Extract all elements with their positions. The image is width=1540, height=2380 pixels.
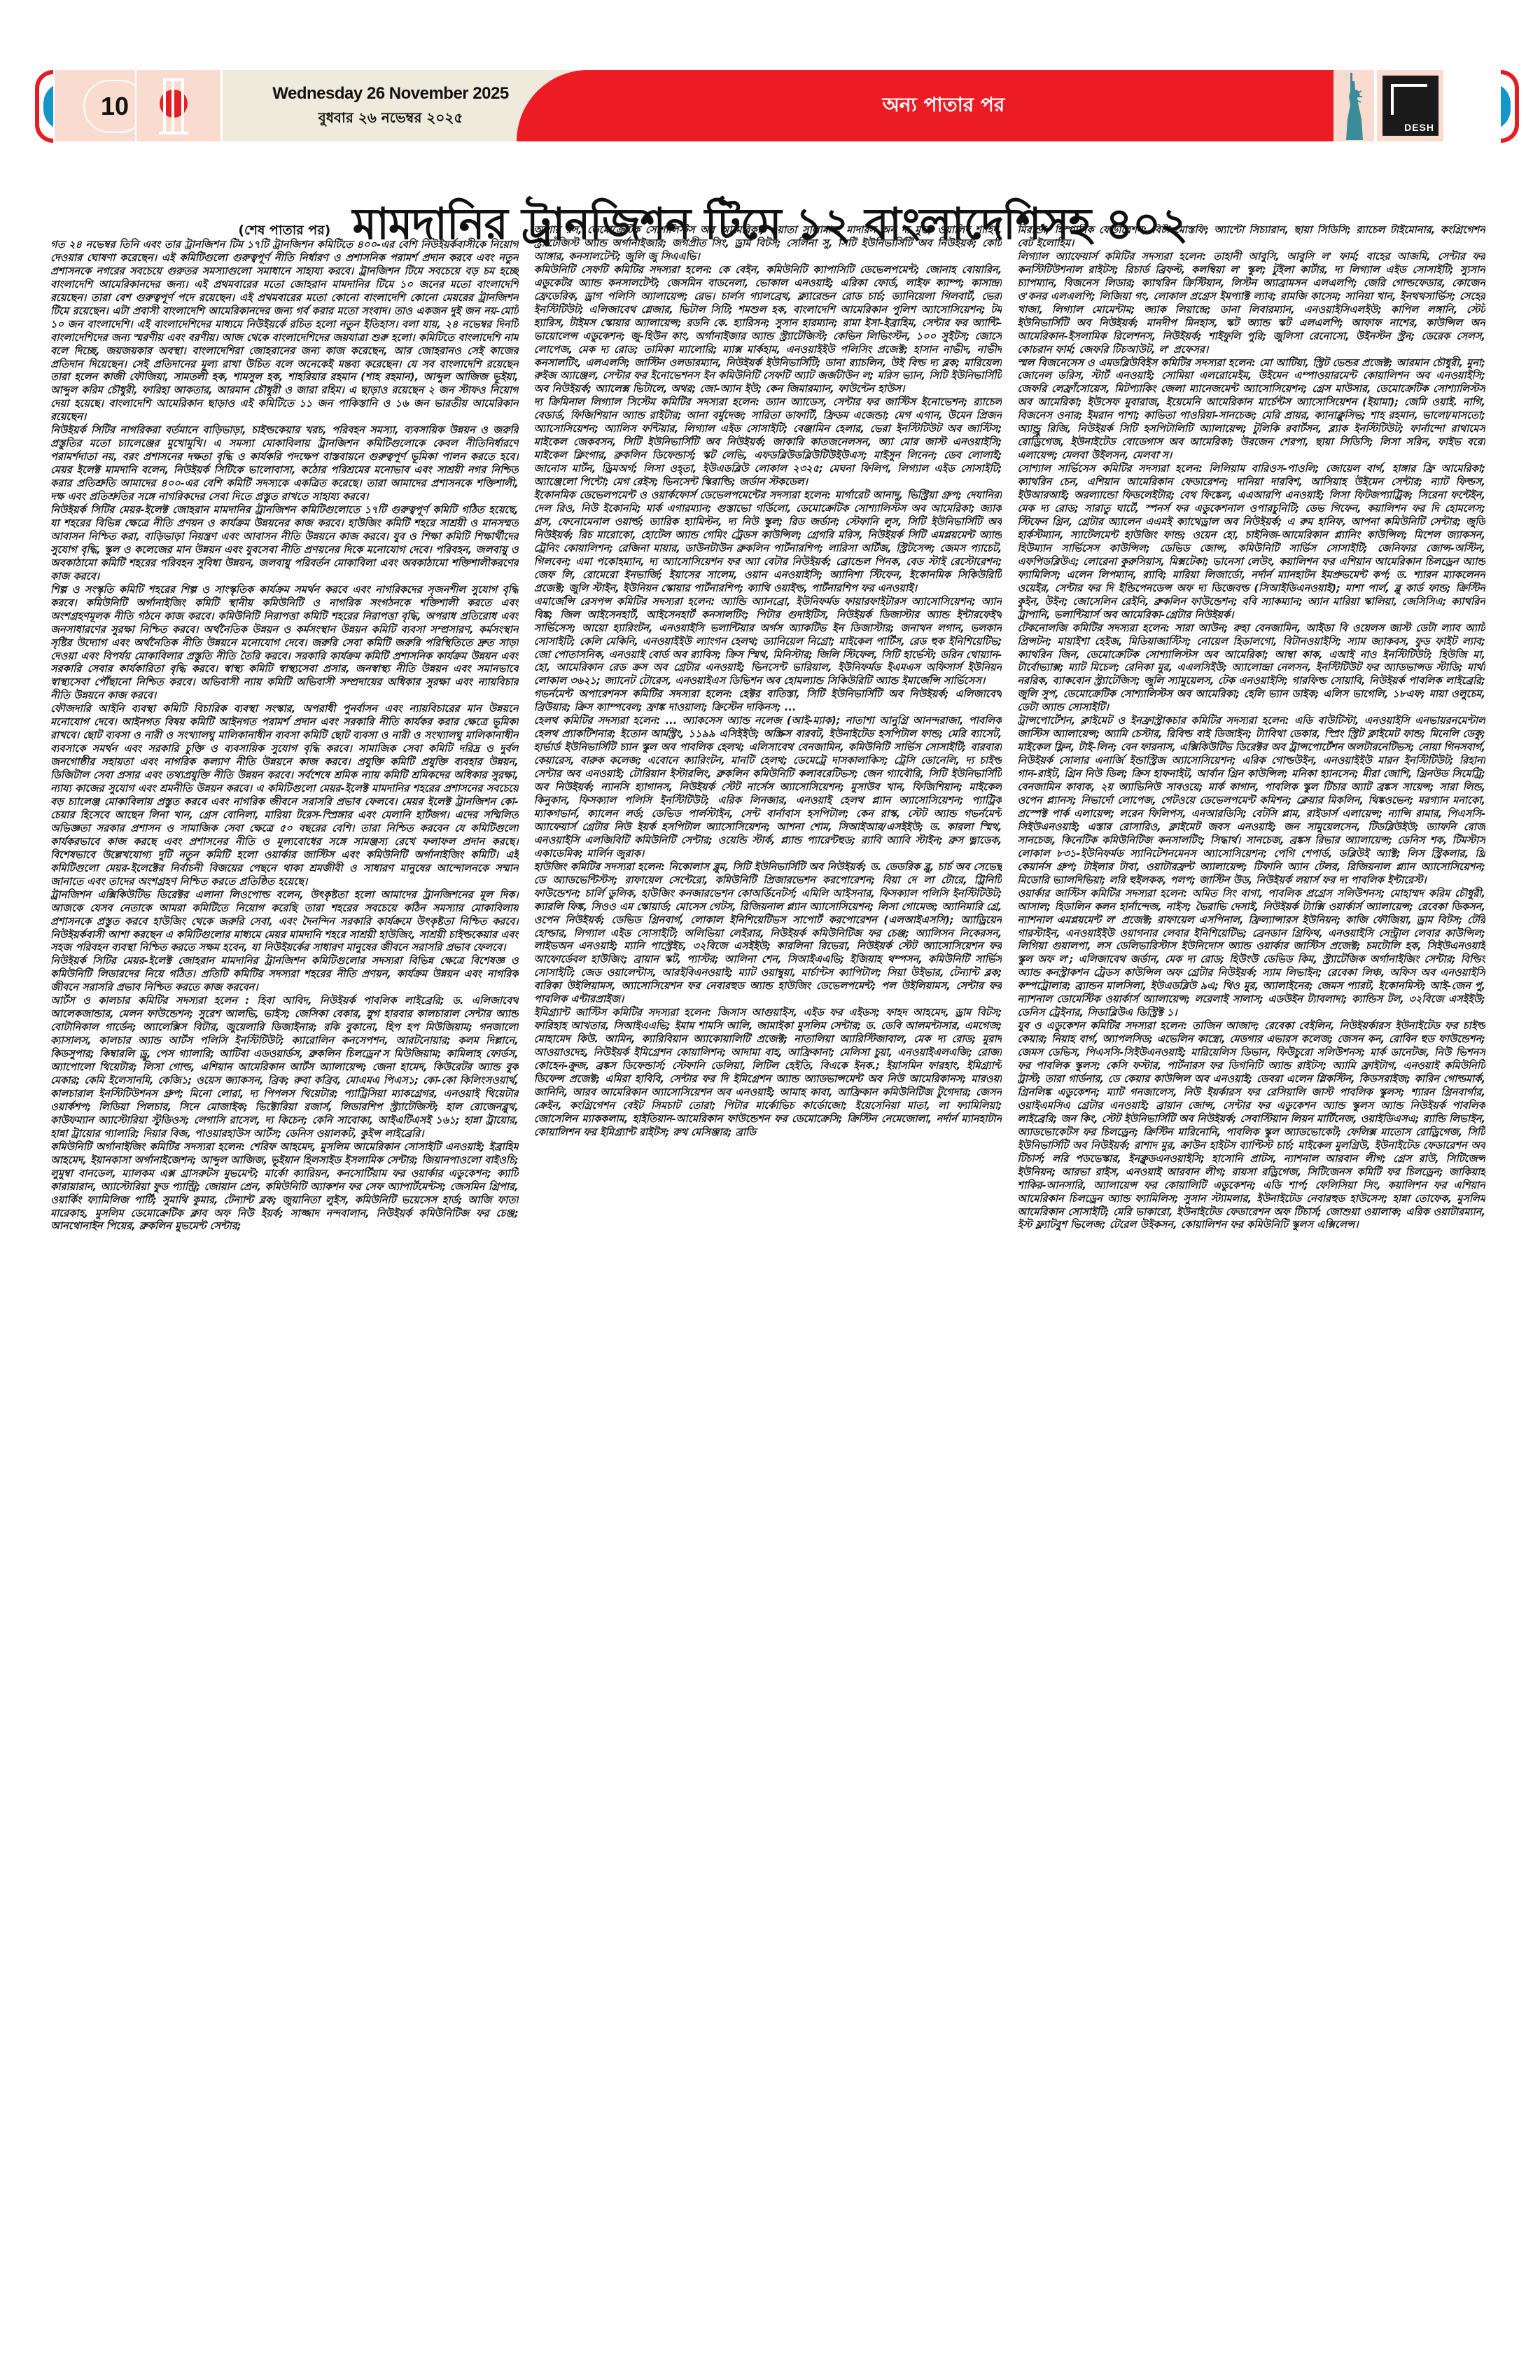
logo-box: DESH	[1377, 70, 1443, 141]
article-body: (শেষ পাতার পর) গত ২৪ নভেম্বর তিনি এবং তা…	[50, 224, 1485, 2359]
paragraph: নিউইয়র্ক সিটির মেয়র-ইলেক্ট জোহরান মামদ…	[50, 955, 519, 995]
paragraph: যুব ও এডুকেশন কমিটির সদস্যরা হলেন: তাজিন…	[1017, 1020, 1485, 1232]
section-title: অন্য পাতার পর	[741, 70, 1147, 141]
desh-logo: DESH	[1382, 76, 1438, 136]
paragraph: মিরান্ডা, হিস্পানিক ফেডারেশন; বিটা মোস্ত…	[1017, 224, 1485, 251]
shaheed-minar-box	[136, 70, 220, 141]
paragraph: টেকনোলজি কমিটির সদস্যরা হলেন: সারা আউন; …	[1017, 622, 1485, 715]
paragraph: হেলথ কমিটির সদস্যরা হলেন: ... অ্যাকসেস অ…	[534, 715, 1002, 860]
shaheed-minar-icon	[157, 76, 190, 137]
paragraph: ফৌজদারি আইনি ব্যবস্থা কমিটি বিচারিক ব্যব…	[50, 703, 519, 888]
paragraph: ওয়ার্কার জাস্টিস কমিটির সদস্যরা হলেন: অ…	[1017, 888, 1485, 1021]
page-number-box: 10	[55, 70, 135, 141]
masthead-right-cap	[1501, 70, 1519, 143]
paragraph: ইমিগ্র্যান্ট জাস্টিস কমিটির সদস্যরা হলেন…	[534, 1007, 1002, 1140]
paragraph: স্মল বিজনেসেস ও এমডব্লিউবিইস কমিটির সদস্…	[1017, 357, 1485, 463]
statue-of-liberty-icon	[1333, 70, 1374, 141]
paragraph: নিউইয়র্ক সিটির নাগরিকরা বর্তমানে বাড়িভ…	[50, 424, 519, 504]
paragraph: ট্রানজিশন এক্সিকিউটিভ ডিরেক্টর এলানা লিও…	[50, 889, 519, 955]
paragraph: হাউজিং কমিটির সদস্যরা হলেন: নিকোলাস ব্লু…	[534, 861, 1002, 1007]
paragraph: লিগ্যাল অ্যাফেয়ার্স কমিটির সদস্যরা হলেন…	[1017, 251, 1485, 357]
paragraph: সোশ্যাল সার্ভিসেস কমিটির সদস্যরা হলেন: ল…	[1017, 463, 1485, 622]
paragraph: দ্য ক্রিমিনাল লিগ্যাল সিস্টেম কমিটির সদস…	[534, 396, 1002, 489]
column-3: মিরান্ডা, হিস্পানিক ফেডারেশন; বিটা মোস্ত…	[1017, 224, 1485, 2359]
paragraph: গভর্নমেন্ট অপারেশনস কমিটির সদস্যরা হলেন:…	[534, 688, 1002, 715]
paragraph: গত ২৪ নভেম্বর তিনি এবং তার ট্রানজিশন টিম…	[50, 239, 519, 424]
paragraph: এমার্জেন্সি রেসপন্স কমিটির সদস্যরা হলেন:…	[534, 596, 1002, 689]
column-2: আশার রস, ডেমোক্রেটিক সোশালিস্টস অব আমেরি…	[534, 224, 1002, 2359]
paragraph: কমিউনিটি সেফটি কমিটির সদস্যরা হলেন: কে ব…	[534, 264, 1002, 397]
paragraph: ট্রান্সপোর্টেশন, ক্লাইমেট ও ইনফ্রাস্ট্রা…	[1017, 715, 1485, 887]
continued-label: (শেষ পাতার পর)	[50, 224, 519, 237]
paragraph: কমিউনিটি অর্গানাইজিং কমিটির সদস্যরা হলেন…	[50, 1141, 519, 1234]
paragraph: আর্টস ও কালচার কমিটির সদস্যরা হলেন : হিব…	[50, 995, 519, 1140]
date-banner: Wednesday 26 November 2025 বুধবার ২৬ নভে…	[223, 70, 1371, 141]
paragraph: ইকোনমিক ডেভেলপমেন্ট ও ওয়ার্কফোর্স ডেভেল…	[534, 489, 1002, 596]
date-bangla: বুধবার ২৬ নভেম্বর ২০২৫	[251, 108, 531, 131]
date-english: Wednesday 26 November 2025	[251, 84, 531, 104]
paragraph: নিউইয়র্ক সিটির মেয়র-ইলেক্ট জোহরান মামদ…	[50, 504, 519, 584]
paragraph: আশার রস, ডেমোক্রেটিক সোশালিস্টস অব আমেরি…	[534, 224, 1002, 264]
statue-of-liberty-box	[1333, 70, 1374, 141]
masthead: 10 Wednesday 26 November 2025 বুধবার ২৬ …	[35, 70, 1519, 143]
column-1: (শেষ পাতার পর) গত ২৪ নভেম্বর তিনি এবং তা…	[50, 224, 519, 2359]
paragraph: শিল্প ও সংস্কৃতি কমিটি শহরের শিল্প ও সাং…	[50, 584, 519, 703]
masthead-left-cap	[35, 70, 53, 143]
